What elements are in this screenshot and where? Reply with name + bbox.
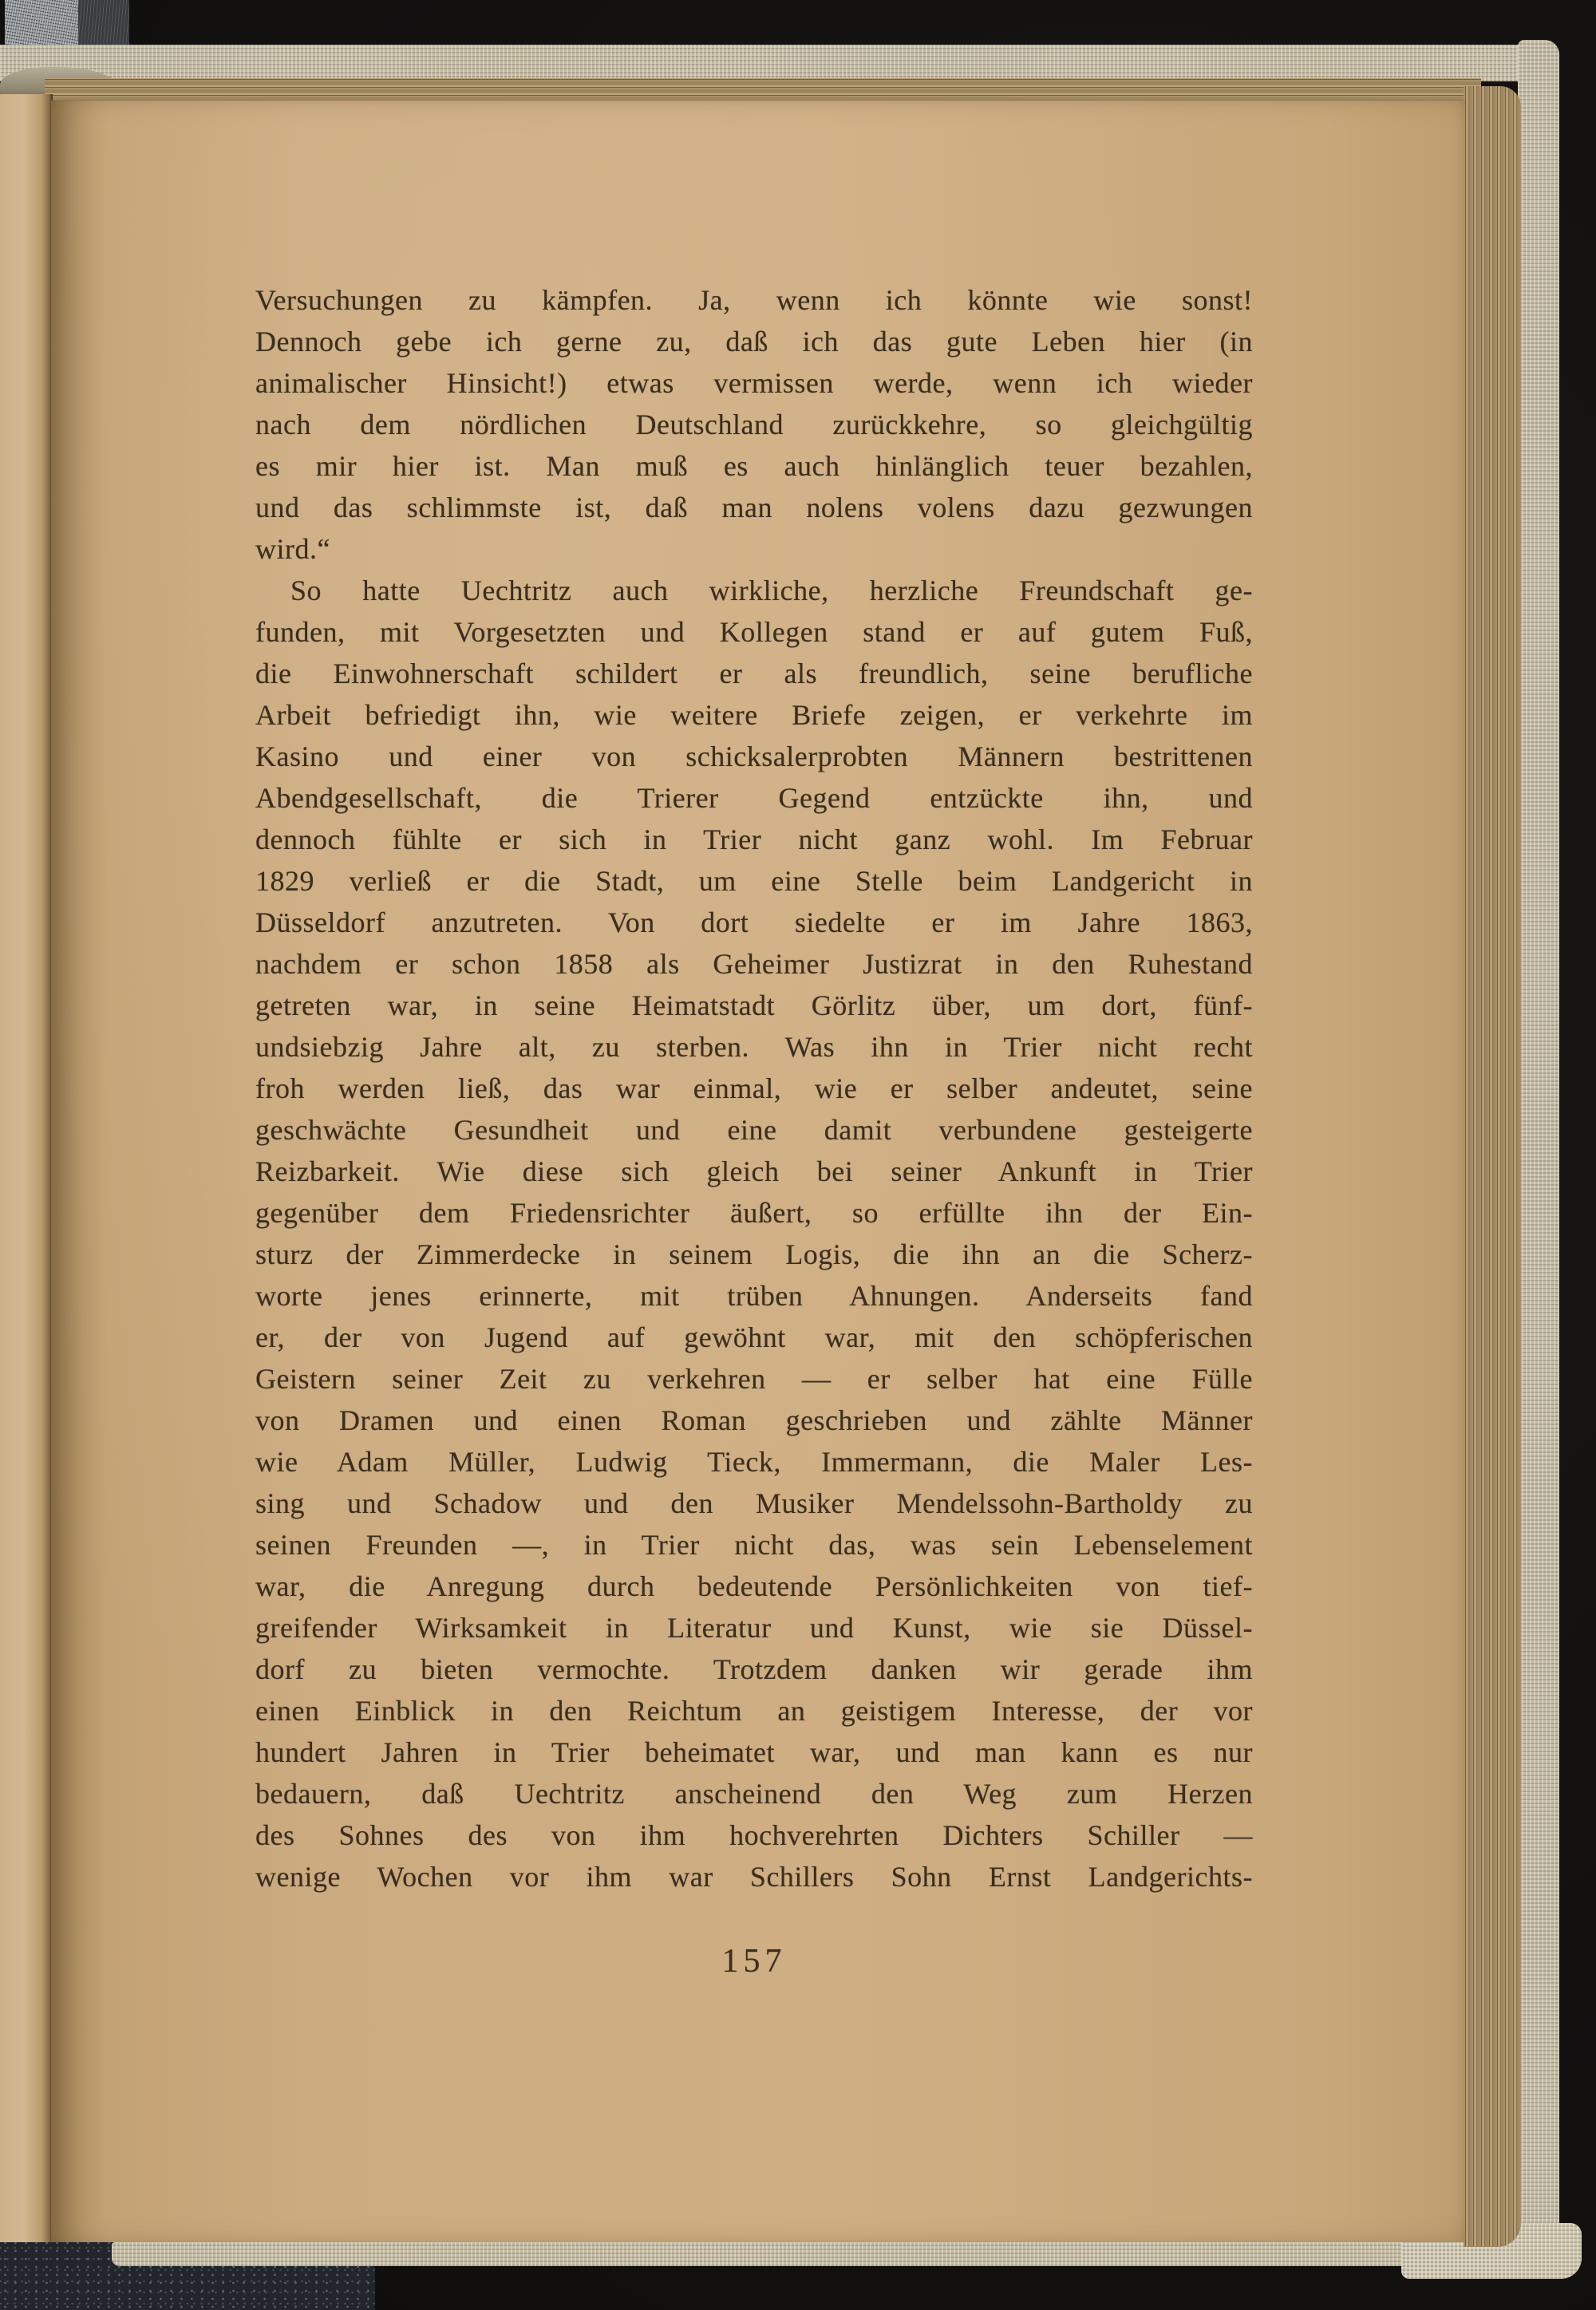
text-line: die Einwohnerschaft schildert er als fre… [255, 653, 1253, 694]
text-line: funden, mit Vorgesetzten und Kollegen st… [255, 611, 1253, 653]
book-cover-top-edge [0, 45, 1558, 81]
text-line: geschwächte Gesundheit und eine damit ve… [255, 1109, 1253, 1151]
text-line: sturz der Zimmerdecke in seinem Logis, d… [255, 1234, 1253, 1275]
text-line: hundert Jahren in Trier beheimatet war, … [255, 1732, 1253, 1773]
text-line: es mir hier ist. Man muß es auch hinläng… [255, 445, 1253, 487]
book-photo: Versuchungen zu kämpfen. Ja, wenn ich kö… [0, 0, 1596, 2310]
text-line: Kasino und einer von schicksalerprobten … [255, 736, 1253, 777]
text-line: undsiebzig Jahre alt, zu sterben. Was ih… [255, 1026, 1253, 1068]
text-line: Versuchungen zu kämpfen. Ja, wenn ich kö… [255, 279, 1253, 321]
page-edges-right [1464, 86, 1521, 2247]
text-line: dorf zu bieten vermochte. Trotzdem danke… [255, 1649, 1253, 1690]
page-number: 157 [255, 1942, 1253, 1980]
text-line: 1829 verließ er die Stadt, um eine Stell… [255, 860, 1253, 902]
text-line: dennoch fühlte er sich in Trier nicht ga… [255, 819, 1253, 860]
text-line: nachdem er schon 1858 als Geheimer Justi… [255, 943, 1253, 985]
text-line: nach dem nördlichen Deutschland zurückke… [255, 404, 1253, 445]
text-line: seinen Freunden —, in Trier nicht das, w… [255, 1524, 1253, 1566]
text-line: er, der von Jugend auf gewöhnt war, mit … [255, 1317, 1253, 1358]
text-line: Abendgesellschaft, die Trierer Gegend en… [255, 777, 1253, 819]
text-line: bedauern, daß Uechtritz anscheinend den … [255, 1773, 1253, 1814]
text-line: So hatte Uechtritz auch wirkliche, herzl… [255, 570, 1253, 611]
text-line: Dennoch gebe ich gerne zu, daß ich das g… [255, 321, 1253, 362]
text-line: einen Einblick in den Reichtum an geisti… [255, 1690, 1253, 1732]
text-line: getreten war, in seine Heimatstadt Görli… [255, 985, 1253, 1026]
text-line: des Sohnes des von ihm hochverehrten Dic… [255, 1814, 1253, 1856]
text-block: Versuchungen zu kämpfen. Ja, wenn ich kö… [255, 279, 1253, 1897]
text-line: wie Adam Müller, Ludwig Tieck, Immermann… [255, 1441, 1253, 1483]
book-page: Versuchungen zu kämpfen. Ja, wenn ich kö… [51, 101, 1465, 2242]
text-line: Geistern seiner Zeit zu verkehren — er s… [255, 1358, 1253, 1400]
text-line: war, die Anregung durch bedeutende Persö… [255, 1566, 1253, 1607]
text-line: worte jenes erinnerte, mit trüben Ahnung… [255, 1275, 1253, 1317]
text-line: und das schlimmste ist, daß man nolens v… [255, 487, 1253, 528]
facing-page-strip [0, 94, 53, 2242]
text-line: Düsseldorf anzutreten. Von dort siedelte… [255, 902, 1253, 943]
text-line: von Dramen und einen Roman geschrieben u… [255, 1400, 1253, 1441]
text-line: Arbeit befriedigt ihn, wie weitere Brief… [255, 694, 1253, 736]
text-line: froh werden ließ, das war einmal, wie er… [255, 1068, 1253, 1109]
text-line: sing und Schadow und den Musiker Mendels… [255, 1483, 1253, 1524]
text-line: animalischer Hinsicht!) etwas vermissen … [255, 362, 1253, 404]
text-line: Reizbarkeit. Wie diese sich gleich bei s… [255, 1151, 1253, 1192]
text-line: gegenüber dem Friedensrichter äußert, so… [255, 1192, 1253, 1234]
book-cover-right-edge [1518, 40, 1559, 2279]
text-line: greifender Wirksamkeit in Literatur und … [255, 1607, 1253, 1649]
text-line: wird.“ [255, 528, 1253, 570]
text-line: wenige Wochen vor ihm war Schillers Sohn… [255, 1856, 1253, 1897]
book-cover-bottom-edge [112, 2242, 1558, 2266]
